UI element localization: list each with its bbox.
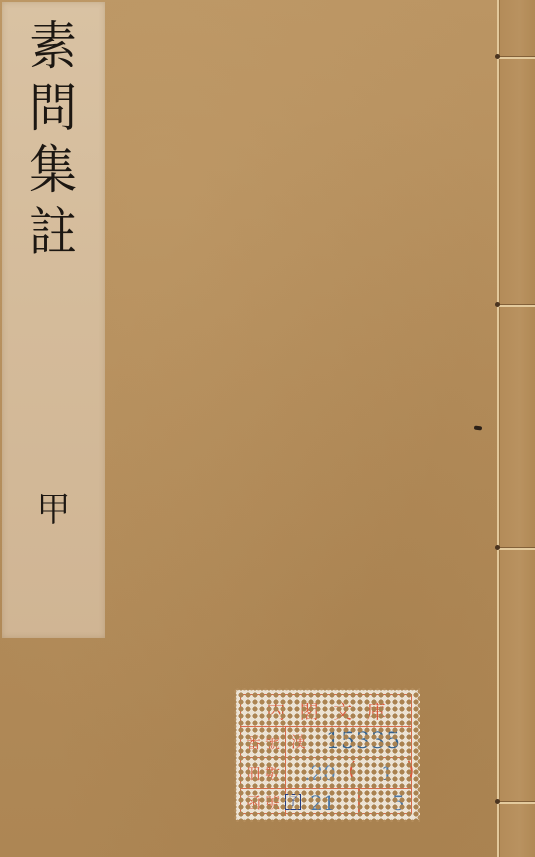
volume-mark: 甲 [2,490,105,530]
binding-stitch-line [497,0,499,857]
key-char: 號 [265,732,280,753]
binding-stitch-tab [499,548,535,550]
catalog-number-key: 番 號 [241,727,286,757]
header-char: 内 [266,697,285,724]
binding-hole [495,545,500,550]
catalog-number-row: 番 號 漢 15335 [241,727,411,758]
header-char: 閣 [300,697,319,724]
title-char: 問 [30,78,78,140]
case-number: 21 [310,791,335,815]
paper-blemish [474,425,482,430]
title-char: 素 [30,16,78,78]
key-char: 番 [246,732,261,753]
header-char: 庫 [367,697,386,724]
close-paren: ) [406,759,415,784]
shelf-number: 5 [392,791,405,815]
label-grid: 内 閣 文 庫 番 號 漢 15335 冊 數 [240,694,412,814]
seal-stamp-icon: 子 [285,794,301,810]
header-char: 文 [333,697,352,724]
title-char: 註 [30,202,78,264]
binding-stitch-tab [499,802,535,804]
library-catalog-label: 内 閣 文 庫 番 號 漢 15335 冊 數 [234,688,420,822]
binding-hole [495,54,500,59]
key-char: 數 [265,763,280,784]
binding-hole [495,799,500,804]
binding-stitch-tab [499,57,535,59]
volume-count: .20 [304,761,336,785]
title-slip: 素 問 集 註 甲 [2,2,105,638]
label-header: 内 閣 文 庫 [241,695,411,727]
key-char: 冊 [246,763,261,784]
volume-index: 1 [381,761,394,785]
volume-count-key: 冊 數 [241,758,286,788]
collection-prefix: 漢 [291,731,306,752]
volume-count-value-cell: .20 ( 1 ) [286,758,411,788]
book-title: 素 問 集 註 [2,16,105,264]
book-cover: 素 問 集 註 甲 内 閣 文 庫 番 號 [0,0,535,857]
catalog-number: 15335 [326,729,401,754]
key-char: 函 [246,792,261,813]
open-paren: ( [348,759,357,784]
catalog-number-value-cell: 漢 15335 [286,727,411,757]
key-char: 號 [265,792,280,813]
volume-count-row: 冊 數 .20 ( 1 ) [241,758,411,789]
binding-hole [495,302,500,307]
case-number-value-cell: 子 21 5 [286,789,411,816]
title-char: 集 [30,140,78,202]
binding-stitch-tab [499,305,535,307]
binding-spine [497,0,535,857]
cell-divider [358,789,360,816]
case-number-key: 函 號 [241,789,286,816]
case-number-row: 函 號 子 21 5 [241,789,411,816]
